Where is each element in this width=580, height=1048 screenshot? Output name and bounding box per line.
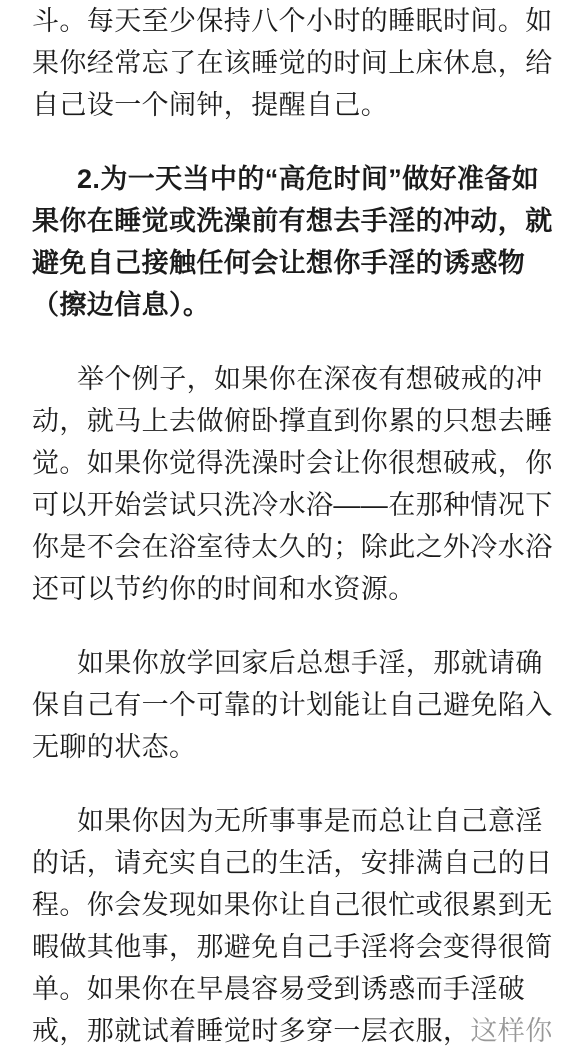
text-line: 2.为一天当中的“高危时间”做好准备如: [32, 158, 554, 200]
text-line: 你是不会在浴室待太久的；除此之外冷水浴: [32, 526, 554, 568]
paragraph: 举个例子，如果你在深夜有想破戒的冲 动，就马上去做俯卧撑直到你累的只想去睡 觉。…: [32, 358, 554, 610]
text-line: 程。你会发现如果你让自己很忙或很累到无: [32, 884, 554, 926]
text-line: 戒，那就试着睡觉时多穿一层衣服，这样你: [32, 1010, 554, 1048]
text-line: 单。如果你在早晨容易受到诱惑而手淫破: [32, 968, 554, 1010]
paragraph: 斗。每天至少保持八个小时的睡眠时间。如 果你经常忘了在该睡觉的时间上床休息，给 …: [32, 0, 554, 126]
paragraph-bold-tip: 2.为一天当中的“高危时间”做好准备如 果你在睡觉或洗澡前有想去手淫的冲动，就 …: [32, 158, 554, 326]
text-line: 如果你放学回家后总想手淫，那就请确: [32, 642, 554, 684]
text-line: 避免自己接触任何会让想你手淫的诱惑物: [32, 242, 554, 284]
text-line: 保自己有一个可靠的计划能让自己避免陷入: [32, 684, 554, 726]
text-line: 的话，请充实自己的生活，安排满自己的日: [32, 842, 554, 884]
text-line: 还可以节约你的时间和水资源。: [32, 568, 554, 610]
text-line: 举个例子，如果你在深夜有想破戒的冲: [32, 358, 554, 400]
text-line: 果你经常忘了在该睡觉的时间上床休息，给: [32, 42, 554, 84]
text-line: 如果你因为无所事事是而总让自己意淫: [32, 800, 554, 842]
text-line: 可以开始尝试只洗冷水浴——在那种情况下: [32, 484, 554, 526]
text-line-main: 戒，那就试着睡觉时多穿一层衣服，: [32, 1016, 470, 1046]
text-line: （擦边信息）。: [32, 284, 554, 326]
text-line: 自己设一个闹钟，提醒自己。: [32, 84, 554, 126]
text-line: 斗。每天至少保持八个小时的睡眠时间。如: [32, 0, 554, 42]
text-line: 觉。如果你觉得洗澡时会让你很想破戒，你: [32, 442, 554, 484]
text-line: 动，就马上去做俯卧撑直到你累的只想去睡: [32, 400, 554, 442]
text-line: 果你在睡觉或洗澡前有想去手淫的冲动，就: [32, 200, 554, 242]
faded-line-tail: 这样你: [470, 1016, 552, 1046]
text-line: 无聊的状态。: [32, 726, 554, 768]
article-text-page: 斗。每天至少保持八个小时的睡眠时间。如 果你经常忘了在该睡觉的时间上床休息，给 …: [0, 0, 580, 1048]
text-line: 暇做其他事，那避免自己手淫将会变得很简: [32, 926, 554, 968]
paragraph: 如果你放学回家后总想手淫，那就请确 保自己有一个可靠的计划能让自己避免陷入 无聊…: [32, 642, 554, 768]
paragraph: 如果你因为无所事事是而总让自己意淫 的话，请充实自己的生活，安排满自己的日 程。…: [32, 800, 554, 1048]
